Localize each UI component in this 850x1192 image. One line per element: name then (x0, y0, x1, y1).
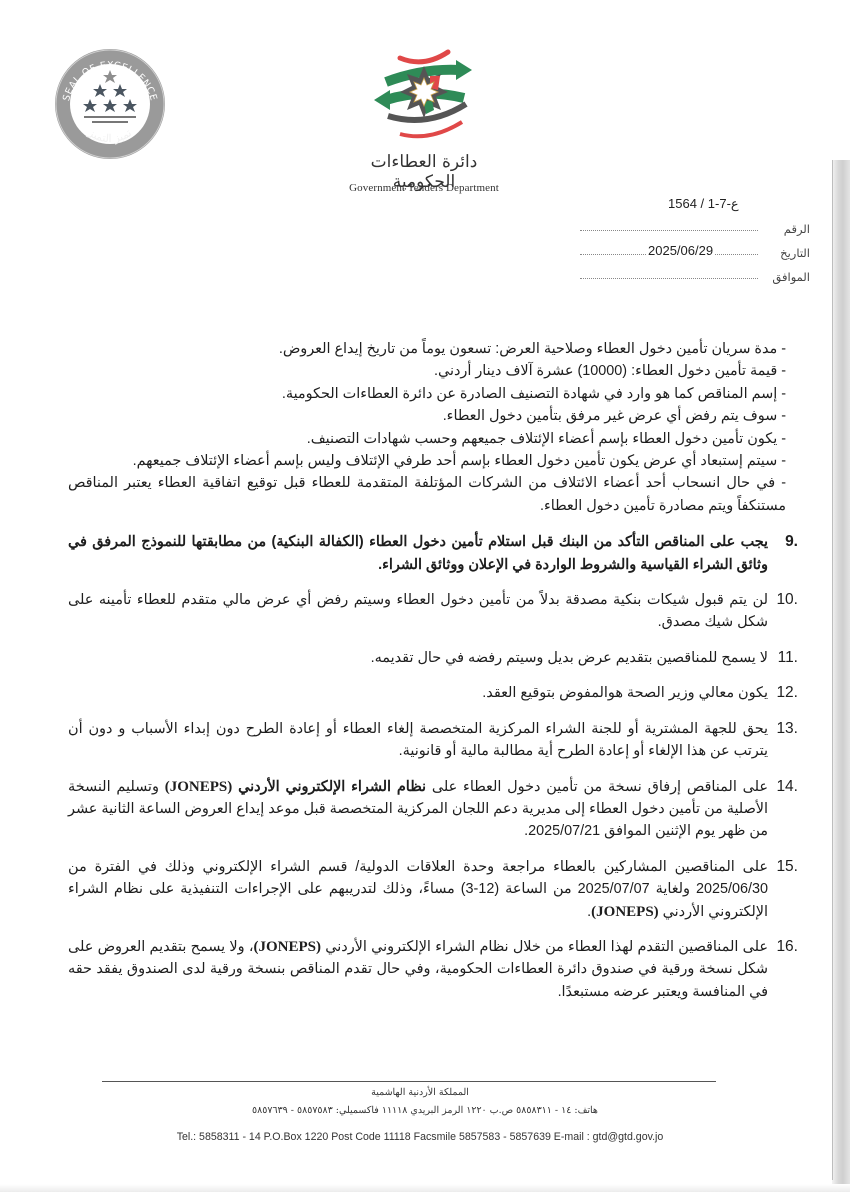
reference-date-row: التاريخ 2025/06/29 (580, 236, 810, 260)
reference-date-label: التاريخ (764, 246, 810, 260)
joneps-acronym: (JONEPS) (165, 779, 233, 795)
bullet-item: - إسم المناقص كما هو وارد في شهادة التصن… (68, 383, 786, 405)
gtd-logo (368, 48, 480, 148)
bullet-item: - يكون تأمين دخول العطاء بإسم أعضاء الإئ… (68, 428, 786, 450)
numbered-item-9: 9. يجب على المناقص التأكد من البنك قبل ا… (68, 531, 798, 576)
item-number: 14. (776, 776, 798, 798)
item-text: لن يتم قبول شيكات بنكية مصدقة بدلاً من ت… (68, 592, 768, 630)
joneps-acronym: (JONEPS) (591, 904, 659, 920)
item-number: 10. (776, 589, 798, 611)
bid-bond-conditions-list: - مدة سريان تأمين دخول العطاء وصلاحية ال… (68, 338, 786, 517)
numbered-item-11: 11. لا يسمح للمناقصين بتقديم عرض بديل وس… (68, 647, 798, 669)
item-number: 13. (776, 718, 798, 740)
item-text: يجب على المناقص التأكد من البنك قبل استل… (68, 534, 768, 572)
numbered-item-16: 16. على المناقصين التقدم لهذا العطاء من … (68, 936, 798, 1003)
footer-contact-arabic: هاتف: ١٤ - ٥٨٥٨٣١١ ص.ب ١٢٢٠ الرمز البريد… (200, 1105, 650, 1116)
bullet-item: - سوف يتم رفض أي عرض غير مرفق بتأمين دخو… (68, 405, 786, 427)
bullet-item: - قيمة تأمين دخول العطاء: (10000) عشرة آ… (68, 360, 786, 382)
reference-number-value: ع-7-1 / 1564 (668, 196, 739, 212)
scan-shadow-bottom (0, 1184, 850, 1192)
bullet-item: - سيتم إستبعاد أي عرض يكون تأمين دخول ال… (68, 450, 786, 472)
item-text: يحق للجهة المشترية أو للجنة الشراء المرك… (68, 721, 768, 759)
reference-number-row: الرقم ع-7-1 / 1564 (580, 212, 810, 236)
numbered-item-14: 14. على المناقص إرفاق نسخة من تأمين دخول… (68, 776, 798, 843)
seal-of-excellence-stamp: SEAL OF EXCELLENCE تميز التميز (54, 48, 166, 160)
scan-shadow-edge (832, 160, 850, 1192)
item-number: 11. (778, 647, 798, 669)
footer-divider (102, 1081, 716, 1082)
numbered-item-13: 13. يحق للجهة المشترية أو للجنة الشراء ا… (68, 718, 798, 763)
seal-icon: SEAL OF EXCELLENCE تميز التميز (54, 48, 166, 160)
numbered-item-10: 10. لن يتم قبول شيكات بنكية مصدقة بدلاً … (68, 589, 798, 634)
dotted-line (580, 278, 758, 279)
globe-arrows-logo-icon (368, 48, 480, 148)
department-name-english: Government Tenders Department (340, 182, 508, 194)
page-edge-line (832, 160, 833, 1180)
reference-hijri-label: الموافق (764, 270, 810, 284)
item-number: 9. (785, 531, 798, 553)
reference-date-value: 2025/06/29 (646, 243, 715, 258)
item-text: على المناقصين التقدم لهذا العطاء من خلال… (321, 939, 768, 955)
item-text: يكون معالي وزير الصحة هوالمفوض بتوقيع ال… (482, 685, 768, 701)
bullet-item: - مدة سريان تأمين دخول العطاء وصلاحية ال… (68, 338, 786, 360)
document-body: - مدة سريان تأمين دخول العطاء وصلاحية ال… (68, 338, 798, 1003)
bullet-item: - في حال انسحاب أحد أعضاء الائتلاف من ال… (68, 472, 786, 517)
item-text: على المناقصين المشاركين بالعطاء مراجعة و… (68, 859, 768, 920)
item-number: 12. (776, 682, 798, 704)
numbered-item-15: 15. على المناقصين المشاركين بالعطاء مراج… (68, 856, 798, 923)
dotted-line (580, 230, 758, 231)
reference-hijri-row: الموافق (580, 260, 810, 284)
item-text: لا يسمح للمناقصين بتقديم عرض بديل وسيتم … (371, 650, 768, 666)
document-page: SEAL OF EXCELLENCE تميز التميز (0, 0, 850, 1192)
numbered-item-12: 12. يكون معالي وزير الصحة هوالمفوض بتوقي… (68, 682, 798, 704)
item-text: على المناقص إرفاق نسخة من تأمين دخول الع… (426, 779, 768, 795)
item-number: 16. (776, 936, 798, 958)
footer-contact-english: Tel.: 5858311 - 14 P.O.Box 1220 Post Cod… (120, 1131, 720, 1143)
reference-block: الرقم ع-7-1 / 1564 التاريخ 2025/06/29 ال… (580, 212, 810, 284)
joneps-acronym: (JONEPS) (253, 939, 321, 955)
reference-number-label: الرقم (764, 222, 810, 236)
footer-country-arabic: المملكة الأردنية الهاشمية (300, 1087, 540, 1098)
item-number: 15. (776, 856, 798, 878)
joneps-system-name: نظام الشراء الإلكتروني الأردني (238, 779, 426, 795)
